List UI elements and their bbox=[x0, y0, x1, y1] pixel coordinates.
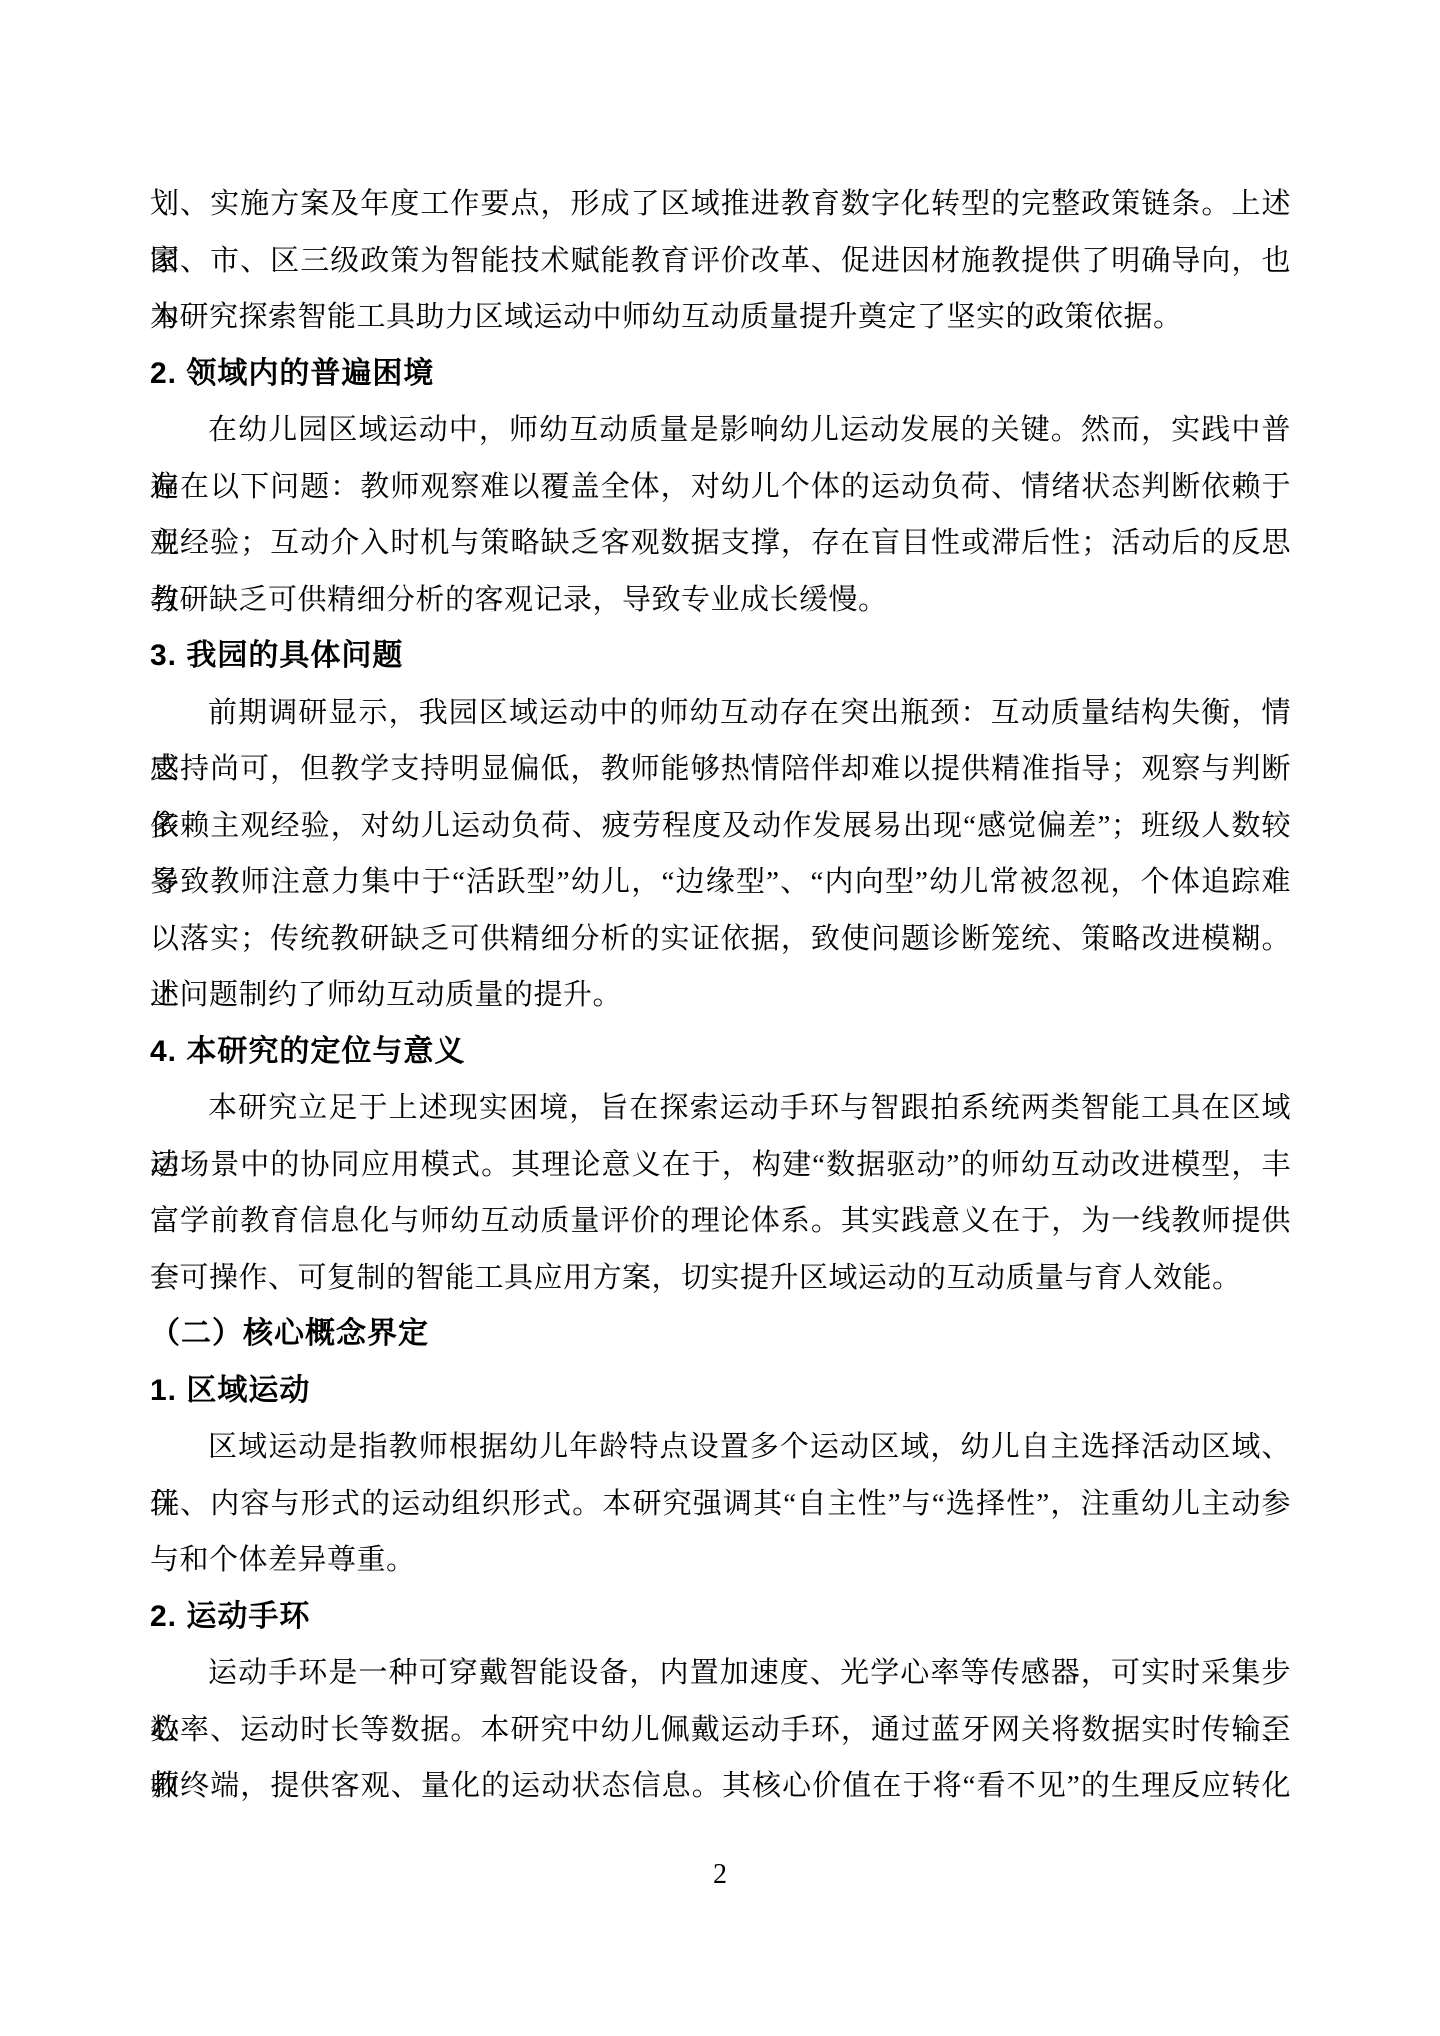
text-line: 划、实施方案及年度工作要点，形成了区域推进教育数字化转型的完整政策链条。上述国 bbox=[150, 176, 1291, 233]
section-heading: （二）核心概念界定 bbox=[150, 1306, 1291, 1363]
text-line: 运动手环是一种可穿戴智能设备，内置加速度、光学心率等传感器，可实时采集步数、 bbox=[150, 1645, 1291, 1702]
text-line: 依赖主观经验，对幼儿运动负荷、疲劳程度及动作发展易出现“感觉偏差”；班级人数较多 bbox=[150, 798, 1291, 855]
text-line: 伴、内容与形式的运动组织形式。本研究强调其“自主性”与“选择性”，注重幼儿主动参 bbox=[150, 1476, 1291, 1533]
text-line: 心率、运动时长等数据。本研究中幼儿佩戴运动手环，通过蓝牙网关将数据实时传输至教 bbox=[150, 1702, 1291, 1759]
text-line: 与和个体差异尊重。 bbox=[150, 1532, 1291, 1589]
text-line: 以落实；传统教研缺乏可供精细分析的实证依据，致使问题诊断笼统、策略改进模糊。上 bbox=[150, 911, 1291, 968]
text-line: 教研缺乏可供精细分析的客观记录，导致专业成长缓慢。 bbox=[150, 572, 1291, 629]
text-line: 观经验；互动介入时机与策略缺乏客观数据支撑，存在盲目性或滞后性；活动后的反思与 bbox=[150, 515, 1291, 572]
document-page: 划、实施方案及年度工作要点，形成了区域推进教育数字化转型的完整政策链条。上述国家… bbox=[0, 0, 1440, 2036]
text-line: 家、市、区三级政策为智能技术赋能教育评价改革、促进因材施教提供了明确导向，也为 bbox=[150, 233, 1291, 290]
section-heading: 1. 区域运动 bbox=[150, 1363, 1291, 1420]
text-line: 套可操作、可复制的智能工具应用方案，切实提升区域运动的互动质量与育人效能。 bbox=[150, 1250, 1291, 1307]
section-heading: 4. 本研究的定位与意义 bbox=[150, 1024, 1291, 1081]
section-heading: 3. 我园的具体问题 bbox=[150, 628, 1291, 685]
text-line: 前期调研显示，我园区域运动中的师幼互动存在突出瓶颈：互动质量结构失衡，情感 bbox=[150, 685, 1291, 742]
page-content: 划、实施方案及年度工作要点，形成了区域推进教育数字化转型的完整政策链条。上述国家… bbox=[150, 176, 1291, 1815]
text-line: 导致教师注意力集中于“活跃型”幼儿，“边缘型”、“内向型”幼儿常被忽视，个体追踪… bbox=[150, 854, 1291, 911]
section-heading: 2. 领域内的普遍困境 bbox=[150, 346, 1291, 403]
text-line: 述问题制约了师幼互动质量的提升。 bbox=[150, 967, 1291, 1024]
text-line: 师终端，提供客观、量化的运动状态信息。其核心价值在于将“看不见”的生理反应转化 bbox=[150, 1758, 1291, 1815]
text-line: 区域运动是指教师根据幼儿年龄特点设置多个运动区域，幼儿自主选择活动区域、玩 bbox=[150, 1419, 1291, 1476]
text-line: 本研究立足于上述现实困境，旨在探索运动手环与智跟拍系统两类智能工具在区域运 bbox=[150, 1080, 1291, 1137]
text-line: 动场景中的协同应用模式。其理论意义在于，构建“数据驱动”的师幼互动改进模型，丰 bbox=[150, 1137, 1291, 1194]
text-line: 富学前教育信息化与师幼互动质量评价的理论体系。其实践意义在于，为一线教师提供一 bbox=[150, 1193, 1291, 1250]
page-number: 2 bbox=[0, 1858, 1440, 1892]
text-line: 本研究探索智能工具助力区域运动中师幼互动质量提升奠定了坚实的政策依据。 bbox=[150, 289, 1291, 346]
text-line: 支持尚可，但教学支持明显偏低，教师能够热情陪伴却难以提供精准指导；观察与判断多 bbox=[150, 741, 1291, 798]
text-line: 存在以下问题：教师观察难以覆盖全体，对幼儿个体的运动负荷、情绪状态判断依赖于主 bbox=[150, 459, 1291, 516]
section-heading: 2. 运动手环 bbox=[150, 1589, 1291, 1646]
text-line: 在幼儿园区域运动中，师幼互动质量是影响幼儿运动发展的关键。然而，实践中普遍 bbox=[150, 402, 1291, 459]
